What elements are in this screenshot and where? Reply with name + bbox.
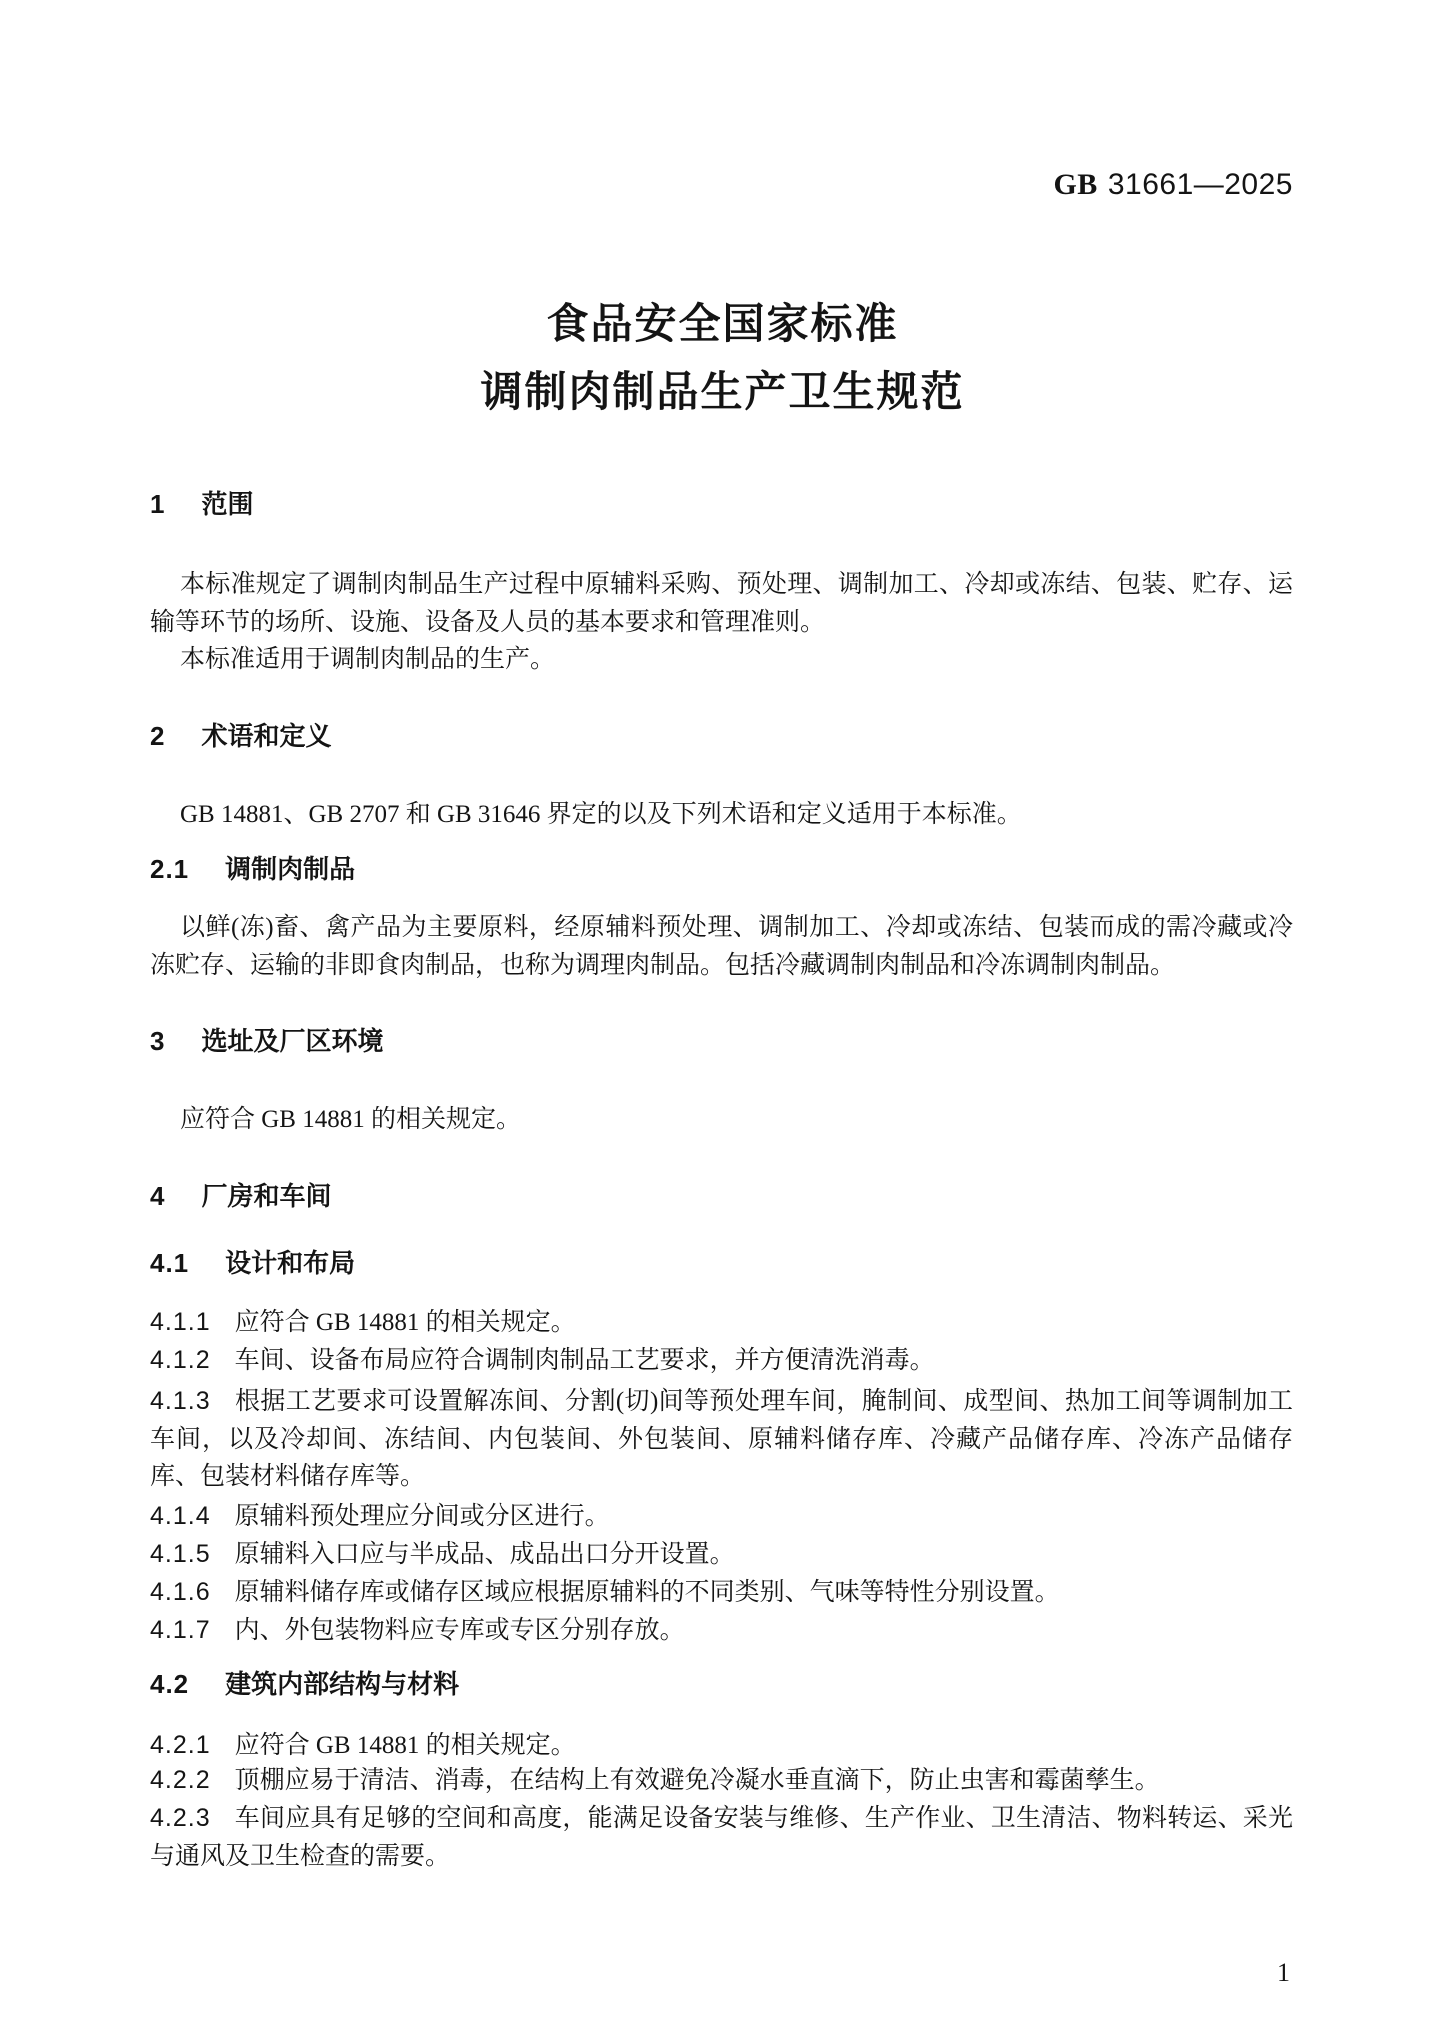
clause-4-1-4: 4.1.4原辅料预处理应分间或分区进行。: [150, 1498, 1293, 1536]
clause-4-1-7-text: 内、外包装物料应专库或专区分别存放。: [235, 1617, 685, 1644]
document-page: GB31661—2025 食品安全国家标准 调制肉制品生产卫生规范 1范围 本标…: [0, 0, 1445, 2044]
clause-4-1-5-number: 4.1.5: [150, 1540, 211, 1568]
section-2-title: 术语和定义: [201, 721, 331, 751]
clause-4-1-6: 4.1.6原辅料储存库或储存区域应根据原辅料的不同类别、气味等特性分别设置。: [150, 1574, 1293, 1612]
clause-4-1-3: 4.1.3根据工艺要求可设置解冻间、分割(切)间等预处理车间，腌制间、成型间、热…: [150, 1383, 1293, 1496]
clause-4-1-2-number: 4.1.2: [150, 1346, 211, 1374]
section-3-paragraph-1: 应符合 GB 14881 的相关规定。: [150, 1101, 1293, 1139]
clause-4-2-2-number: 4.2.2: [150, 1766, 211, 1794]
document-title-line2: 调制肉制品生产卫生规范: [0, 368, 1445, 416]
standard-code: GB31661—2025: [1053, 168, 1293, 202]
page-number: 1: [1277, 1958, 1290, 1988]
section-3-heading: 3选址及厂区环境: [150, 1026, 1293, 1057]
clause-4-1-2-text: 车间、设备布局应符合调制肉制品工艺要求，并方便清洗消毒。: [235, 1347, 935, 1374]
section-1-heading: 1范围: [150, 489, 1293, 520]
section-3-number: 3: [150, 1026, 165, 1056]
section-2-paragraph-1: GB 14881、GB 2707 和 GB 31646 界定的以及下列术语和定义…: [150, 796, 1293, 834]
clause-4-1-5-text: 原辅料入口应与半成品、成品出口分开设置。: [235, 1541, 735, 1568]
section-1-paragraph-2: 本标准适用于调制肉制品的生产。: [150, 641, 1293, 679]
section-2-1-paragraph-1: 以鲜(冻)畜、禽产品为主要原料，经原辅料预处理、调制加工、冷却或冻结、包装而成的…: [150, 909, 1293, 984]
section-1-paragraph-1: 本标准规定了调制肉制品生产过程中原辅料采购、预处理、调制加工、冷却或冻结、包装、…: [150, 566, 1293, 641]
section-2-1-number: 2.1: [150, 854, 189, 884]
clause-4-1-7: 4.1.7内、外包装物料应专库或专区分别存放。: [150, 1612, 1293, 1650]
section-4-1-heading: 4.1设计和布局: [150, 1248, 1293, 1279]
clause-4-1-1-text: 应符合 GB 14881 的相关规定。: [235, 1309, 576, 1336]
clause-4-1-1-number: 4.1.1: [150, 1308, 211, 1336]
clause-4-2-2-text: 顶棚应易于清洁、消毒，在结构上有效避免冷凝水垂直滴下，防止虫害和霉菌孳生。: [235, 1767, 1160, 1794]
clause-4-2-2: 4.2.2顶棚应易于清洁、消毒，在结构上有效避免冷凝水垂直滴下，防止虫害和霉菌孳…: [150, 1762, 1293, 1800]
clause-4-2-1-number: 4.2.1: [150, 1731, 211, 1759]
section-1-title: 范围: [201, 489, 253, 519]
section-2-heading: 2术语和定义: [150, 721, 1293, 752]
clause-4-1-3-number: 4.1.3: [150, 1387, 211, 1415]
section-4-title: 厂房和车间: [201, 1181, 331, 1211]
section-1-number: 1: [150, 489, 165, 519]
section-2-number: 2: [150, 721, 165, 751]
clause-4-1-5: 4.1.5原辅料入口应与半成品、成品出口分开设置。: [150, 1536, 1293, 1574]
section-4-heading: 4厂房和车间: [150, 1181, 1293, 1212]
section-4-1-number: 4.1: [150, 1248, 189, 1278]
section-4-1-title: 设计和布局: [225, 1248, 355, 1278]
section-2-1-title: 调制肉制品: [225, 854, 355, 884]
standard-code-number: 31661—2025: [1108, 168, 1293, 201]
section-4-number: 4: [150, 1181, 165, 1211]
section-2-1-heading: 2.1调制肉制品: [150, 854, 1293, 885]
clause-4-1-2: 4.1.2车间、设备布局应符合调制肉制品工艺要求，并方便清洗消毒。: [150, 1342, 1293, 1380]
clause-4-2-3-text: 车间应具有足够的空间和高度，能满足设备安装与维修、生产作业、卫生清洁、物料转运、…: [150, 1805, 1293, 1870]
clause-4-1-6-number: 4.1.6: [150, 1578, 211, 1606]
standard-code-prefix: GB: [1053, 168, 1097, 201]
section-4-2-number: 4.2: [150, 1669, 189, 1699]
clause-4-1-7-number: 4.1.7: [150, 1616, 211, 1644]
clause-4-1-4-number: 4.1.4: [150, 1502, 211, 1530]
clause-4-2-3-number: 4.2.3: [150, 1804, 211, 1832]
clause-4-2-3: 4.2.3车间应具有足够的空间和高度，能满足设备安装与维修、生产作业、卫生清洁、…: [150, 1800, 1293, 1875]
clause-4-1-6-text: 原辅料储存库或储存区域应根据原辅料的不同类别、气味等特性分别设置。: [235, 1579, 1060, 1606]
clause-4-1-4-text: 原辅料预处理应分间或分区进行。: [235, 1503, 610, 1530]
document-title-line1: 食品安全国家标准: [0, 300, 1445, 348]
clause-4-2-1: 4.2.1应符合 GB 14881 的相关规定。: [150, 1727, 1293, 1765]
clause-4-1-1: 4.1.1应符合 GB 14881 的相关规定。: [150, 1304, 1293, 1342]
section-4-2-title: 建筑内部结构与材料: [225, 1669, 459, 1699]
clause-4-1-3-text: 根据工艺要求可设置解冻间、分割(切)间等预处理车间，腌制间、成型间、热加工间等调…: [150, 1388, 1293, 1490]
section-4-2-heading: 4.2建筑内部结构与材料: [150, 1669, 1293, 1700]
clause-4-2-1-text: 应符合 GB 14881 的相关规定。: [235, 1732, 576, 1759]
section-3-title: 选址及厂区环境: [201, 1026, 383, 1056]
